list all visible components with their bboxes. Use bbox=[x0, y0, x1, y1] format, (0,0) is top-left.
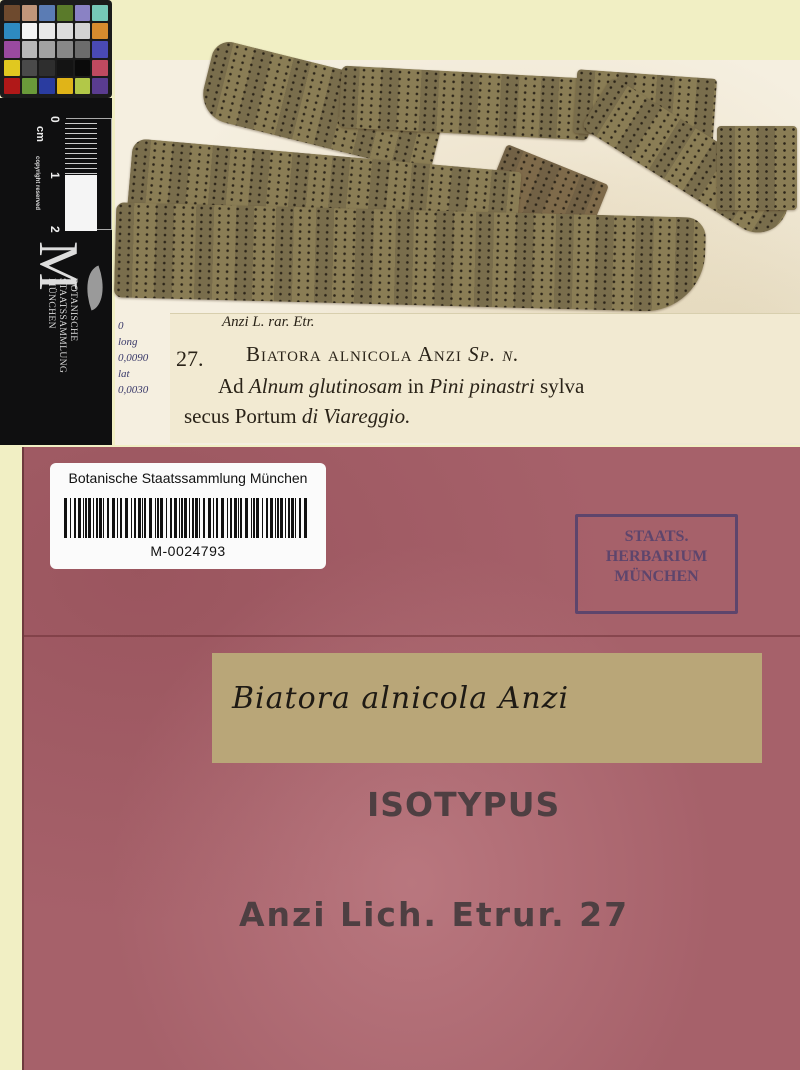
institution-line-2: STAATSSAMMLUNG bbox=[56, 278, 67, 373]
determination-handwriting: Biatora alnicola Anzi bbox=[232, 681, 569, 716]
scale-bar bbox=[66, 118, 112, 230]
pencil-measurements: 0 long 0,0090 lat 0,0030 bbox=[118, 318, 170, 398]
barcode-bar bbox=[179, 498, 180, 538]
barcode-bar bbox=[85, 498, 87, 538]
barcode-bar bbox=[131, 498, 132, 538]
color-patch bbox=[22, 78, 38, 94]
color-checker-card bbox=[0, 0, 112, 98]
barcode-bar bbox=[112, 498, 115, 538]
exsiccata-series: Anzi L. rar. Etr. bbox=[222, 314, 315, 331]
barcode-bar bbox=[181, 498, 183, 538]
color-patch bbox=[39, 60, 55, 76]
pencil-note: 0,0030 bbox=[118, 382, 170, 398]
color-patch bbox=[39, 78, 55, 94]
copyright-text: copyright reserved bbox=[34, 156, 40, 210]
barcode-bar bbox=[149, 498, 152, 538]
barcode-bar bbox=[199, 498, 200, 538]
barcode-bar bbox=[160, 498, 163, 538]
locality-word: secus Portum bbox=[184, 404, 297, 428]
barcode-bar bbox=[291, 498, 294, 538]
color-patch bbox=[22, 23, 38, 39]
barcode-bar bbox=[203, 498, 205, 538]
barcode-bar bbox=[83, 498, 84, 538]
barcode-bar bbox=[285, 498, 286, 538]
color-patch bbox=[75, 23, 91, 39]
barcode-bar bbox=[74, 498, 76, 538]
specimen-envelope: Botanische Staatssammlung München M-0024… bbox=[22, 447, 800, 1070]
barcode-bar bbox=[256, 498, 259, 538]
color-patch bbox=[39, 5, 55, 21]
color-patch bbox=[4, 5, 20, 21]
stamp-line: STAATS. bbox=[578, 527, 735, 547]
color-patch bbox=[92, 60, 108, 76]
color-patch bbox=[57, 5, 73, 21]
barcode-bar bbox=[213, 498, 214, 538]
institution-line-1: BOTANISCHE bbox=[67, 278, 78, 373]
barcode-icon bbox=[64, 498, 310, 538]
ruler-number-0: 0 bbox=[48, 116, 62, 123]
exsiccata-number: 27. bbox=[176, 346, 204, 372]
barcode-bar bbox=[295, 498, 296, 538]
institution-line-3: MÜNCHEN bbox=[45, 278, 56, 373]
color-patch bbox=[92, 41, 108, 57]
bark-fragment bbox=[114, 202, 706, 312]
barcode-bar bbox=[251, 498, 252, 538]
barcode-bar bbox=[155, 498, 156, 538]
barcode-bar bbox=[117, 498, 118, 538]
barcode-bar bbox=[70, 498, 71, 538]
scale-ruler-strip: 0 1 2 cm copyright reserved M BOTANISCHE… bbox=[0, 98, 112, 445]
envelope-flap-fold bbox=[24, 635, 800, 637]
pencil-note: long bbox=[118, 334, 170, 350]
color-patch bbox=[92, 23, 108, 39]
color-patch bbox=[22, 5, 38, 21]
barcode-bar bbox=[88, 498, 91, 538]
color-patch bbox=[4, 78, 20, 94]
barcode-bar bbox=[170, 498, 172, 538]
type-status-annotation: ISOTYPUS bbox=[367, 785, 560, 824]
barcode-bar bbox=[138, 498, 141, 538]
color-patch bbox=[22, 60, 38, 76]
barcode-bar bbox=[234, 498, 237, 538]
barcode-bar bbox=[275, 498, 276, 538]
barcode-bar bbox=[174, 498, 177, 538]
habitat-word: sylva bbox=[540, 374, 584, 398]
barcode-bar bbox=[238, 498, 239, 538]
color-patch bbox=[75, 5, 91, 21]
stamp-line: MÜNCHEN bbox=[578, 567, 735, 587]
habitat-word: in bbox=[408, 374, 424, 398]
pencil-note: 0,0090 bbox=[118, 350, 170, 366]
color-patch bbox=[57, 78, 73, 94]
determination-slip: Biatora alnicola Anzi bbox=[212, 653, 762, 763]
barcode-bar bbox=[240, 498, 242, 538]
institution-name: BOTANISCHE STAATSSAMMLUNG MÜNCHEN bbox=[45, 278, 78, 373]
locality-place: Viareggio. bbox=[323, 404, 410, 428]
barcode-bar bbox=[189, 498, 190, 538]
barcode-bar bbox=[166, 498, 167, 538]
barcode-bar bbox=[277, 498, 279, 538]
taxon-name: Biatora alnicola Anzi bbox=[246, 342, 462, 366]
barcode-bar bbox=[266, 498, 268, 538]
printed-specimen-label: Anzi L. rar. Etr. 27. Biatora alnicola A… bbox=[170, 313, 800, 443]
barcode-bar bbox=[134, 498, 136, 538]
barcode-bar bbox=[280, 498, 283, 538]
taxon-status: Sp. n. bbox=[468, 342, 519, 366]
color-patch bbox=[75, 41, 91, 57]
color-patch bbox=[75, 78, 91, 94]
barcode-bar bbox=[227, 498, 228, 538]
color-patch bbox=[4, 41, 20, 57]
barcode-bar bbox=[192, 498, 194, 538]
taxon-line: Biatora alnicola Anzi Sp. n. bbox=[246, 342, 520, 367]
barcode-institution: Botanische Staatssammlung München bbox=[50, 470, 326, 486]
barcode-bar bbox=[299, 498, 301, 538]
bark-fragment bbox=[339, 66, 592, 141]
habitat-host: Alnum glutinosam bbox=[249, 374, 402, 398]
barcode-bar bbox=[103, 498, 104, 538]
barcode-bar bbox=[142, 498, 143, 538]
barcode-bar bbox=[262, 498, 263, 538]
barcode-bar bbox=[157, 498, 159, 538]
color-patch bbox=[92, 5, 108, 21]
barcode-bar bbox=[270, 498, 273, 538]
barcode-bar bbox=[304, 498, 307, 538]
barcode-bar bbox=[107, 498, 109, 538]
stamp-line: HERBARIUM bbox=[578, 547, 735, 567]
barcode-bar bbox=[253, 498, 255, 538]
habitat-line: Ad Alnum glutinosam in Pini pinastri syl… bbox=[218, 374, 584, 399]
color-patch bbox=[39, 41, 55, 57]
locality-word: di bbox=[302, 404, 318, 428]
herbarium-stamp: STAATS. HERBARIUM MÜNCHEN bbox=[575, 514, 738, 614]
barcode-bar bbox=[144, 498, 146, 538]
barcode-bar bbox=[93, 498, 94, 538]
habitat-genus: Pini pinastri bbox=[429, 374, 535, 398]
barcode-bar bbox=[99, 498, 102, 538]
catalog-number: M-0024793 bbox=[50, 543, 326, 559]
color-patch bbox=[22, 41, 38, 57]
barcode-bar bbox=[221, 498, 224, 538]
barcode-bar bbox=[216, 498, 218, 538]
bark-fragment bbox=[717, 126, 797, 210]
barcode-bar bbox=[96, 498, 98, 538]
barcode-bar bbox=[184, 498, 187, 538]
color-patch bbox=[75, 60, 91, 76]
barcode-bar bbox=[245, 498, 248, 538]
habitat-word: Ad bbox=[218, 374, 244, 398]
color-patch bbox=[57, 23, 73, 39]
color-patch bbox=[57, 60, 73, 76]
barcode-bar bbox=[288, 498, 290, 538]
barcode-label: Botanische Staatssammlung München M-0024… bbox=[50, 463, 326, 569]
locality-line: secus Portum di Viareggio. bbox=[184, 404, 410, 429]
pencil-note: lat bbox=[118, 366, 170, 382]
exsiccata-reference-annotation: Anzi Lich. Etrur. 27 bbox=[239, 895, 629, 934]
color-patch bbox=[39, 23, 55, 39]
barcode-bar bbox=[64, 498, 67, 538]
barcode-bar bbox=[78, 498, 81, 538]
barcode-bar bbox=[208, 498, 211, 538]
barcode-bar bbox=[195, 498, 198, 538]
barcode-bar bbox=[125, 498, 128, 538]
ruler-unit: cm bbox=[34, 126, 46, 142]
color-patch bbox=[4, 23, 20, 39]
ruler-number-1: 1 bbox=[48, 172, 62, 179]
ruler-number-2: 2 bbox=[48, 226, 62, 233]
barcode-bar bbox=[120, 498, 122, 538]
pencil-note: 0 bbox=[118, 318, 170, 334]
barcode-bar bbox=[230, 498, 232, 538]
color-patch bbox=[4, 60, 20, 76]
color-patch bbox=[92, 78, 108, 94]
color-patch bbox=[57, 41, 73, 57]
